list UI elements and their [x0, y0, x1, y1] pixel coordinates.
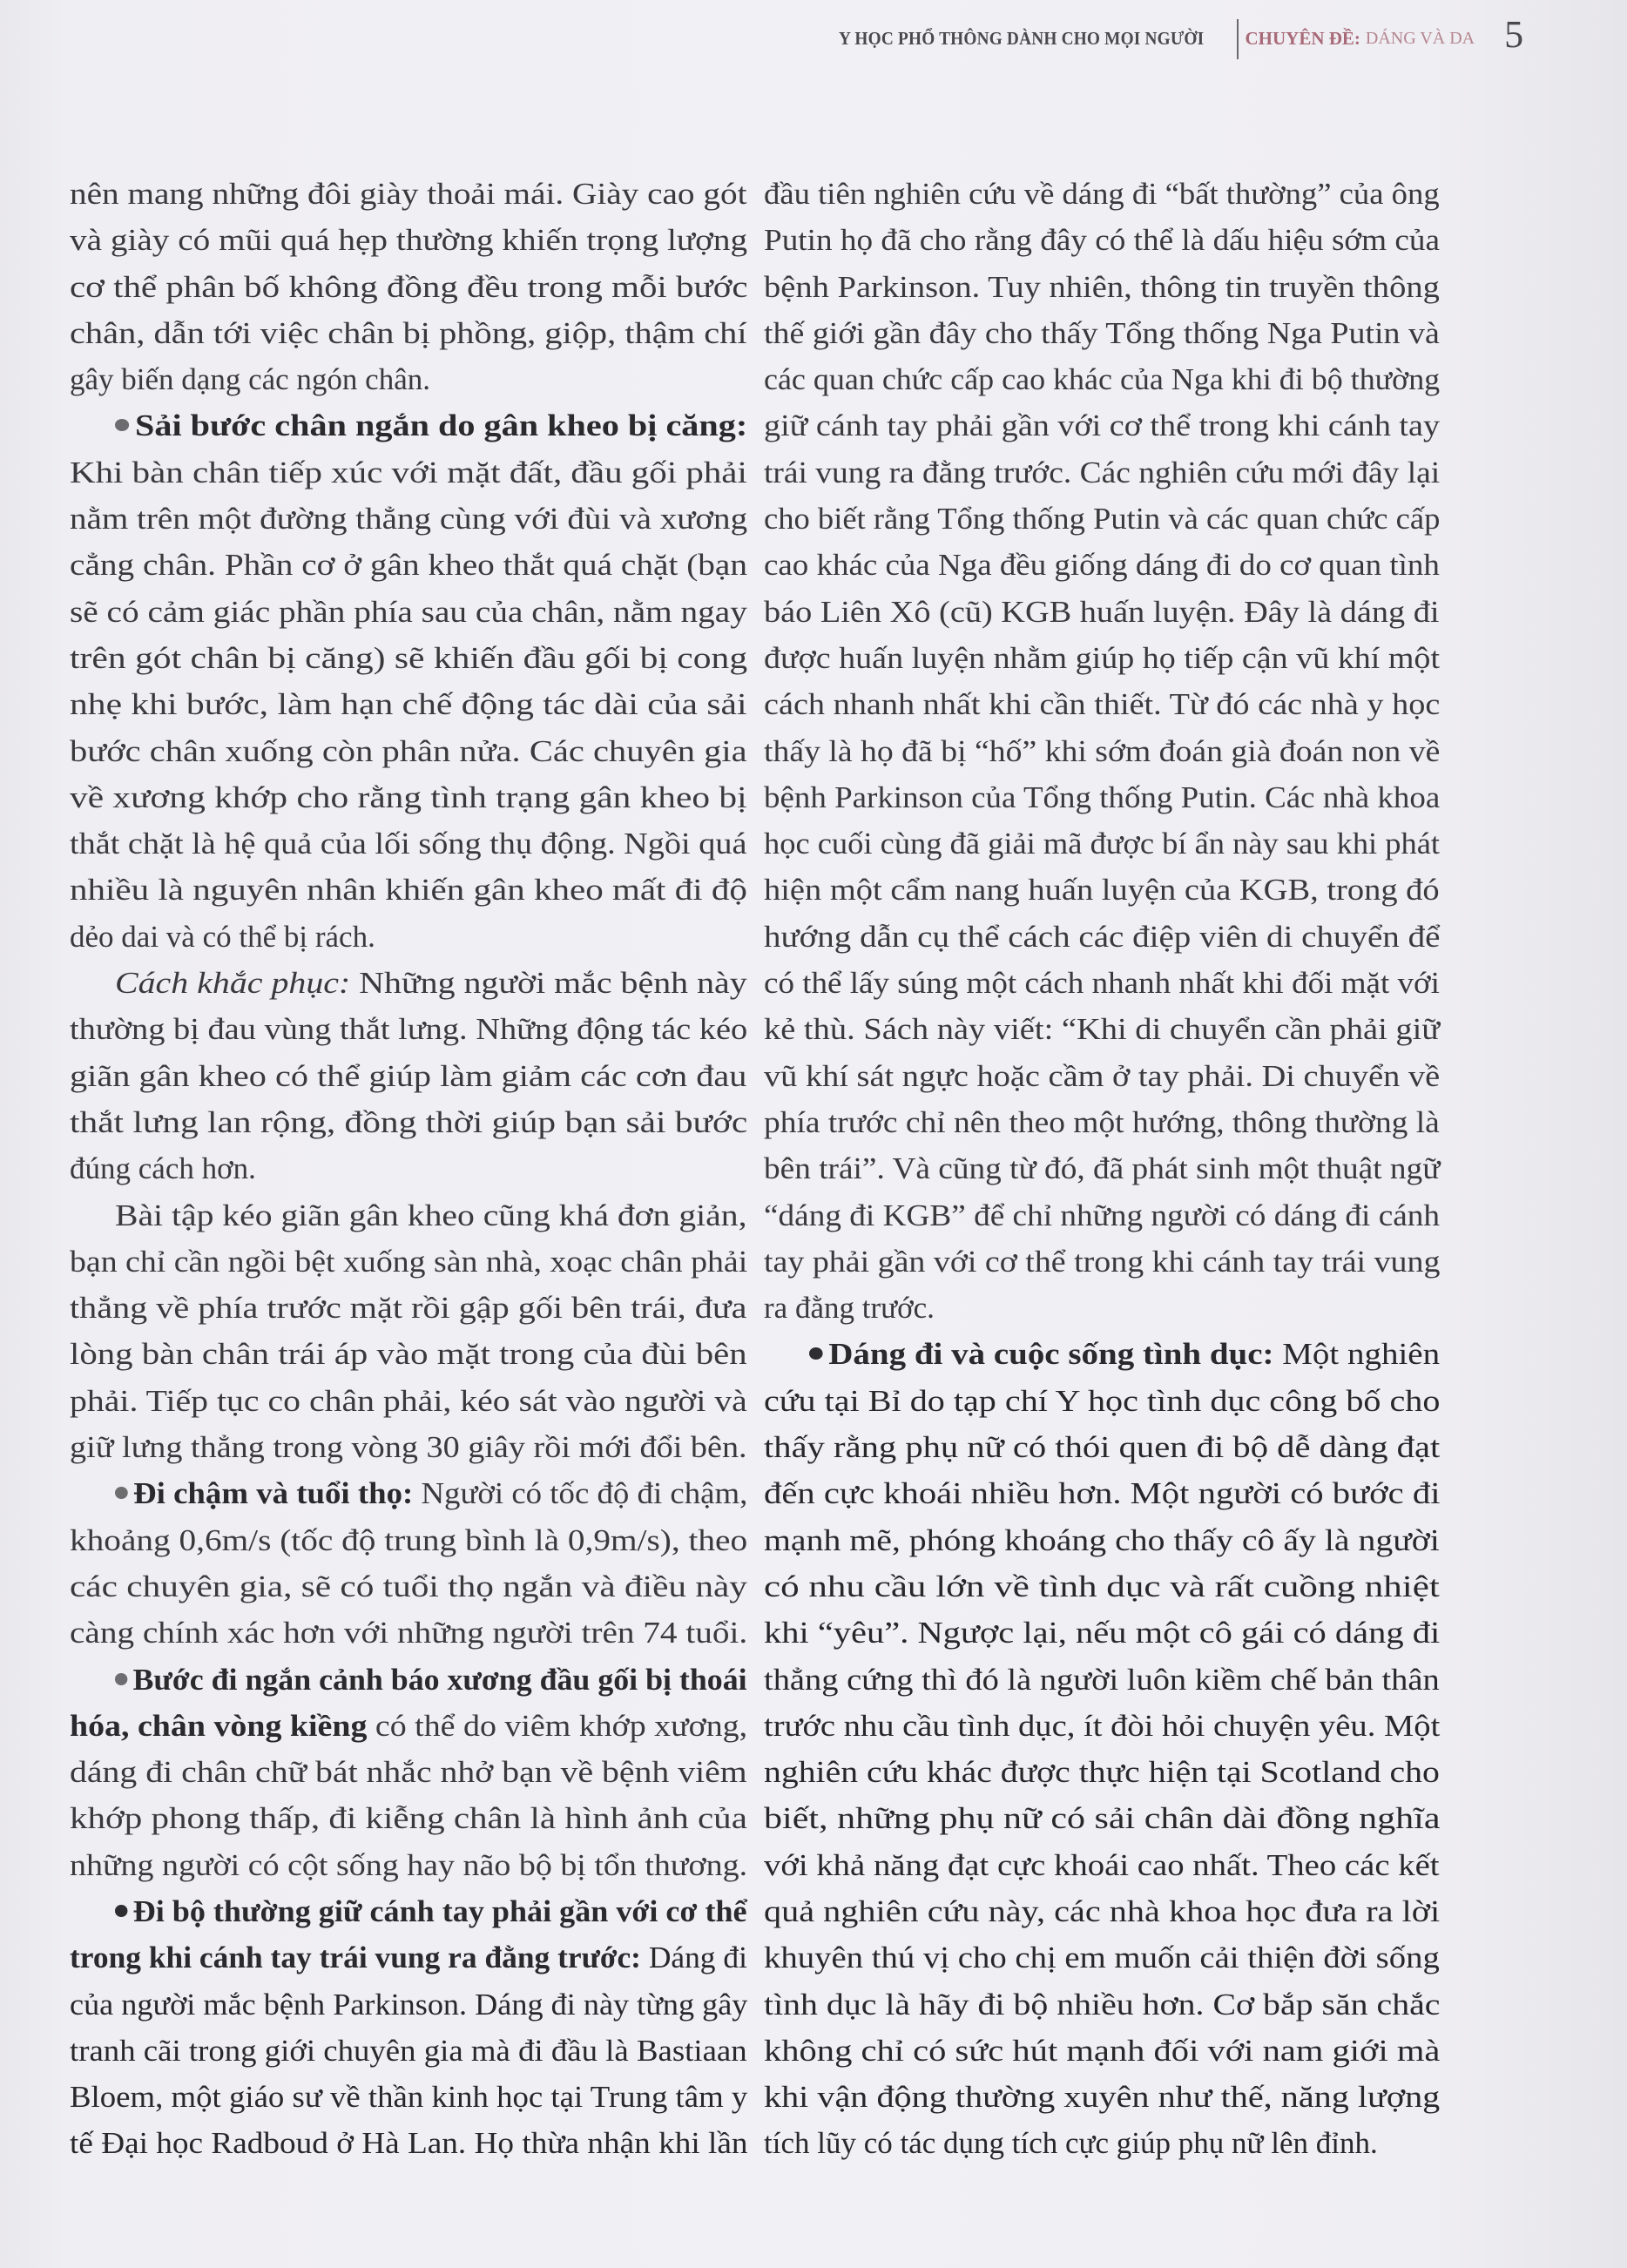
text-line: vũ khí sát ngực hoặc cầm ở tay phải. Di … [764, 1053, 1440, 1099]
left-column: nên mang những đôi giày thoải mái. Giày … [70, 171, 747, 2167]
text-line: nằm trên một đường thẳng cùng với đùi và… [70, 496, 747, 542]
text-line: khi “yêu”. Ngược lại, nếu một cô gái có … [764, 1610, 1440, 1656]
text-line: lòng bàn chân trái áp vào mặt trong của … [70, 1331, 747, 1377]
text-line: các chuyên gia, sẽ có tuổi thọ ngắn và đ… [70, 1563, 747, 1610]
page-number: 5 [1504, 16, 1523, 54]
text-line: sẽ có cảm giác phần phía sau của chân, n… [70, 589, 747, 635]
running-header: Y HỌC PHỔ THÔNG DÀNH CHO MỌI NGƯỜI CHUYÊ… [839, 12, 1523, 64]
text-line: Bài tập kéo giãn gân kheo cũng khá đơn g… [70, 1192, 747, 1239]
text-line: nên mang những đôi giày thoải mái. Giày … [70, 171, 747, 217]
text-line: giãn gân kheo có thể giúp làm giảm các c… [70, 1053, 747, 1099]
section-text: có thể do viêm khớp xương, [367, 1709, 747, 1743]
text-line: cho biết rằng Tổng thống Putin và các qu… [764, 496, 1440, 542]
bullet-icon [809, 1347, 823, 1360]
topic-title: DÁNG VÀ DA [1366, 29, 1475, 49]
text-line: trái vung ra đằng trước. Các nghiên cứu … [764, 449, 1440, 496]
text-line: không chỉ có sức hút mạnh đối với nam gi… [764, 2028, 1440, 2074]
text-line: thấy rằng phụ nữ có thói quen đi bộ dễ d… [764, 1424, 1440, 1470]
section-heading: Sải bước chân ngắn do gân kheo bị căng: [135, 408, 747, 442]
text-line: thẳng cứng thì đó là người luôn kiềm chế… [764, 1657, 1440, 1703]
text-line: thắt lưng lan rộng, đồng thời giúp bạn s… [70, 1099, 747, 1145]
text-line: khuyên thú vị cho chị em muốn cải thiện … [764, 1934, 1440, 1981]
text-line: cứu tại Bỉ do tạp chí Y học tình dục côn… [764, 1378, 1440, 1424]
text-line: cẳng chân. Phần cơ ở gân kheo thắt quá c… [70, 542, 747, 588]
text-line: tình dục là hãy đi bộ nhiều hơn. Cơ bắp … [764, 1981, 1440, 2028]
text-line: bệnh Parkinson. Tuy nhiên, thông tin tru… [764, 264, 1440, 310]
text-line: nhiều là nguyên nhân khiến gân kheo mất … [70, 867, 747, 913]
section-heading-line: Dáng đi và cuộc sống tình dục: Một nghiê… [764, 1331, 1440, 1377]
remedy-text: Những người mắc bệnh này [350, 966, 746, 1000]
section-heading-line: hóa, chân vòng kiềng có thể do viêm khớp… [70, 1703, 747, 1749]
text-line: hướng dẫn cụ thể cách các điệp viên di c… [764, 914, 1440, 960]
section-heading-cont: hóa, chân vòng kiềng [70, 1709, 367, 1743]
section-heading-line: Sải bước chân ngắn do gân kheo bị căng: [70, 402, 747, 449]
text-line: thắt chặt là hệ quả của lối sống thụ độn… [70, 820, 747, 867]
section-text: Một nghiên [1274, 1337, 1441, 1371]
text-line: cách nhanh nhất khi cần thiết. Từ đó các… [764, 681, 1440, 727]
text-line: thấy là họ đã bị “hố” khi sớm đoán già đ… [764, 728, 1440, 774]
text-line: quả nghiên cứu này, các nhà khoa học đưa… [764, 1888, 1440, 1934]
text-line: Putin họ đã cho rằng đây có thể là dấu h… [764, 217, 1440, 263]
text-line: bước chân xuống còn phân nửa. Các chuyên… [70, 728, 747, 774]
text-line: hiện một cẩm nang huấn luyện của KGB, tr… [764, 867, 1440, 913]
text-line: Khi bàn chân tiếp xúc với mặt đất, đầu g… [70, 449, 747, 496]
section-text: Dáng đi [641, 1941, 747, 1974]
section-text: Người có tốc độ đi chậm, [413, 1476, 747, 1510]
text-line: các quan chức cấp cao khác của Nga khi đ… [764, 356, 1440, 402]
text-line: kẻ thù. Sách này viết: “Khi di chuyển cầ… [764, 1006, 1440, 1052]
text-line: giữ cánh tay phải gần với cơ thể trong k… [764, 402, 1440, 449]
text-line: trước nhu cầu tình dục, ít đòi hỏi chuyệ… [764, 1703, 1440, 1749]
section-heading-line: Đi bộ thường giữ cánh tay phải gần với c… [70, 1888, 747, 1934]
text-line: tích lũy có tác dụng tích cực giúp phụ n… [764, 2120, 1440, 2166]
text-line: giữ lưng thẳng trong vòng 30 giây rồi mớ… [70, 1424, 747, 1470]
text-line: phía trước chỉ nên theo một hướng, thông… [764, 1099, 1440, 1145]
section-heading-line: Bước đi ngắn cảnh báo xương đầu gối bị t… [70, 1657, 747, 1703]
bullet-icon [115, 419, 129, 431]
text-line: về xương khớp cho rằng tình trạng gân kh… [70, 774, 747, 820]
section-heading-cont: trong khi cánh tay trái vung ra đằng trư… [70, 1941, 641, 1974]
text-line: với khả năng đạt cực khoái cao nhất. The… [764, 1842, 1440, 1888]
text-line: học cuối cùng đã giải mã được bí ẩn này … [764, 820, 1440, 867]
text-line: khớp phong thấp, đi kiễng chân là hình ả… [70, 1795, 747, 1841]
section-heading-line: trong khi cánh tay trái vung ra đằng trư… [70, 1934, 747, 1981]
bullet-icon [115, 1673, 127, 1685]
text-line: và giày có mũi quá hẹp thường khiến trọn… [70, 217, 747, 263]
text-line: khoảng 0,6m/s (tốc độ trung bình là 0,9m… [70, 1517, 747, 1563]
text-line: bạn chỉ cần ngồi bệt xuống sàn nhà, xoạc… [70, 1239, 747, 1285]
right-column: đầu tiên nghiên cứu về dáng đi “bất thườ… [764, 171, 1440, 2167]
text-line: tế Đại học Radboud ở Hà Lan. Họ thừa nhậ… [70, 2120, 747, 2166]
remedy-label: Cách khắc phục: [115, 966, 350, 1000]
text-line: cao khác của Nga đều giống dáng đi do cơ… [764, 542, 1440, 588]
series-title: Y HỌC PHỔ THÔNG DÀNH CHO MỌI NGƯỜI [839, 28, 1195, 50]
text-line: càng chính xác hơn với những người trên … [70, 1610, 747, 1656]
remedy-line: Cách khắc phục: Những người mắc bệnh này [70, 960, 747, 1006]
text-line: đúng cách hơn. [70, 1145, 747, 1191]
text-line: thẳng về phía trước mặt rồi gập gối bên … [70, 1285, 747, 1331]
section-heading: Đi chậm và tuổi thọ: [133, 1476, 413, 1510]
text-line: có nhu cầu lớn về tình dục và rất cuồng … [764, 1563, 1440, 1610]
text-line: ra đằng trước. [764, 1285, 1440, 1331]
text-line: những người có cột sống hay não bộ bị tổ… [70, 1842, 747, 1888]
text-line: phải. Tiếp tục co chân phải, kéo sát vào… [70, 1378, 747, 1424]
section-heading-line: Đi chậm và tuổi thọ: Người có tốc độ đi … [70, 1470, 747, 1516]
text-line: gây biến dạng các ngón chân. [70, 356, 747, 402]
text-line: của người mắc bệnh Parkinson. Dáng đi nà… [70, 1981, 747, 2028]
text-line: báo Liên Xô (cũ) KGB huấn luyện. Đây là … [764, 589, 1440, 635]
text-line: chân, dẫn tới việc chân bị phồng, giộp, … [70, 310, 747, 356]
text-line: Bloem, một giáo sư về thần kinh học tại … [70, 2074, 747, 2120]
text-line: thế giới gần đây cho thấy Tổng thống Nga… [764, 310, 1440, 356]
topic-label: CHUYÊN ĐỀ: [1246, 28, 1360, 50]
text-line: cơ thể phân bố không đồng đều trong mỗi … [70, 264, 747, 310]
section-heading: Bước đi ngắn cảnh báo xương đầu gối bị t… [132, 1663, 746, 1697]
text-line: bệnh Parkinson của Tổng thống Putin. Các… [764, 774, 1440, 820]
text-line: dẻo dai và có thể bị rách. [70, 914, 747, 960]
bullet-icon [115, 1905, 127, 1917]
text-line: khi vận động thường xuyên như thế, năng … [764, 2074, 1440, 2120]
text-line: bên trái”. Và cũng từ đó, đã phát sinh m… [764, 1145, 1440, 1191]
text-line: đầu tiên nghiên cứu về dáng đi “bất thườ… [764, 171, 1440, 217]
text-line: tay phải gần với cơ thể trong khi cánh t… [764, 1239, 1440, 1285]
section-heading: Dáng đi và cuộc sống tình dục: [828, 1337, 1273, 1371]
text-line: “dáng đi KGB” để chỉ những người có dáng… [764, 1192, 1440, 1239]
text-line: đến cực khoái nhiều hơn. Một người có bư… [764, 1470, 1440, 1516]
text-line: nghiên cứu khác được thực hiện tại Scotl… [764, 1749, 1440, 1795]
section-heading: Đi bộ thường giữ cánh tay phải gần với c… [133, 1894, 747, 1928]
text-line: có thể lấy súng một cách nhanh nhất khi … [764, 960, 1440, 1006]
text-line: được huấn luyện nhằm giúp họ tiếp cận vũ… [764, 635, 1440, 681]
text-line: trên gót chân bị căng) sẽ khiến đầu gối … [70, 635, 747, 681]
text-line: thường bị đau vùng thắt lưng. Những động… [70, 1006, 747, 1052]
header-divider [1237, 19, 1239, 59]
text-line: tranh cãi trong giới chuyên gia mà đi đầ… [70, 2028, 747, 2074]
text-line: mạnh mẽ, phóng khoáng cho thấy cô ấy là … [764, 1517, 1440, 1563]
text-line: dáng đi chân chữ bát nhắc nhở bạn về bện… [70, 1749, 747, 1795]
bullet-icon [115, 1487, 128, 1499]
text-line: biết, những phụ nữ có sải chân dài đồng … [764, 1795, 1440, 1841]
text-line: nhẹ khi bước, làm hạn chế động tác dài c… [70, 681, 747, 727]
